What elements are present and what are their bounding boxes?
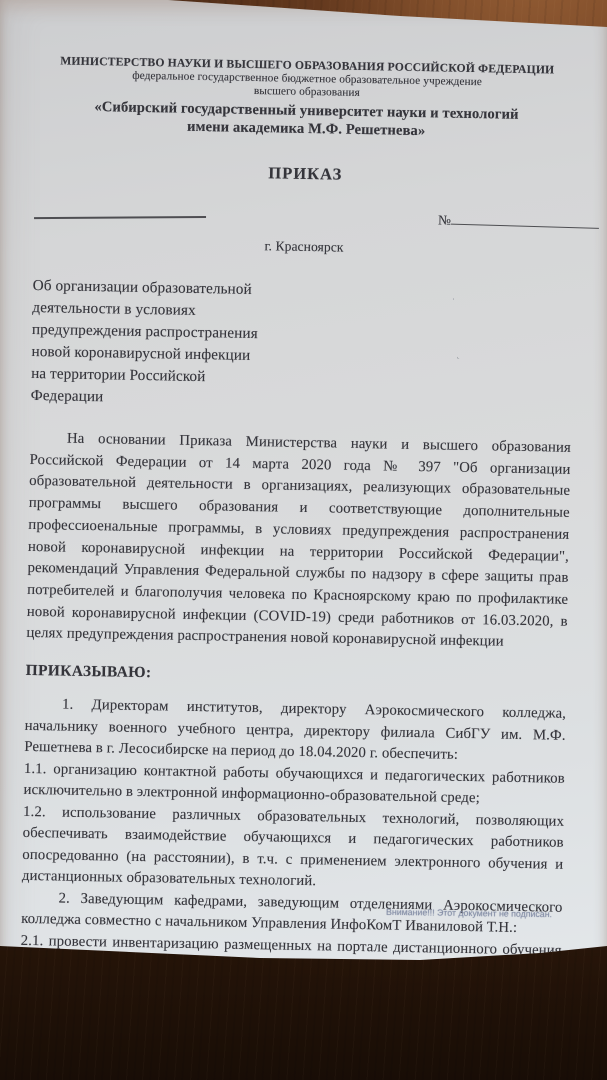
document-photo: МИНИСТЕРСТВО НАУКИ И ВЫСШЕГО ОБРАЗОВАНИЯ… — [0, 0, 607, 1080]
number-blank-line — [451, 224, 599, 229]
date-and-number-row: № — [34, 202, 575, 232]
order-title: ПРИКАЗ — [35, 158, 576, 189]
number-sign: № — [438, 212, 451, 227]
order-item-1: 1. Директорам институтов, директору Аэро… — [24, 694, 566, 768]
order-paper-sheet: МИНИСТЕРСТВО НАУКИ И ВЫСШЕГО ОБРАЗОВАНИЯ… — [0, 0, 607, 1080]
date-blank-line — [34, 216, 206, 219]
preamble-paragraph: На основании Приказа Министерства науки … — [26, 428, 571, 655]
order-item-1-2: 1.2. использование различных образовател… — [22, 801, 564, 897]
order-content: МИНИСТЕРСТВО НАУКИ И ВЫСШЕГО ОБРАЗОВАНИЯ… — [19, 0, 579, 1026]
subject-block: Об организации образовательной деятельно… — [31, 275, 574, 417]
place-line: г. Красноярск — [33, 231, 574, 262]
number-field: № — [438, 209, 599, 233]
resolution-heading: ПРИКАЗЫВАЮ: — [26, 660, 567, 691]
letterhead: МИНИСТЕРСТВО НАУКИ И ВЫСШЕГО ОБРАЗОВАНИЯ… — [36, 0, 579, 143]
university-name: «Сибирский государственный университет н… — [36, 97, 578, 143]
